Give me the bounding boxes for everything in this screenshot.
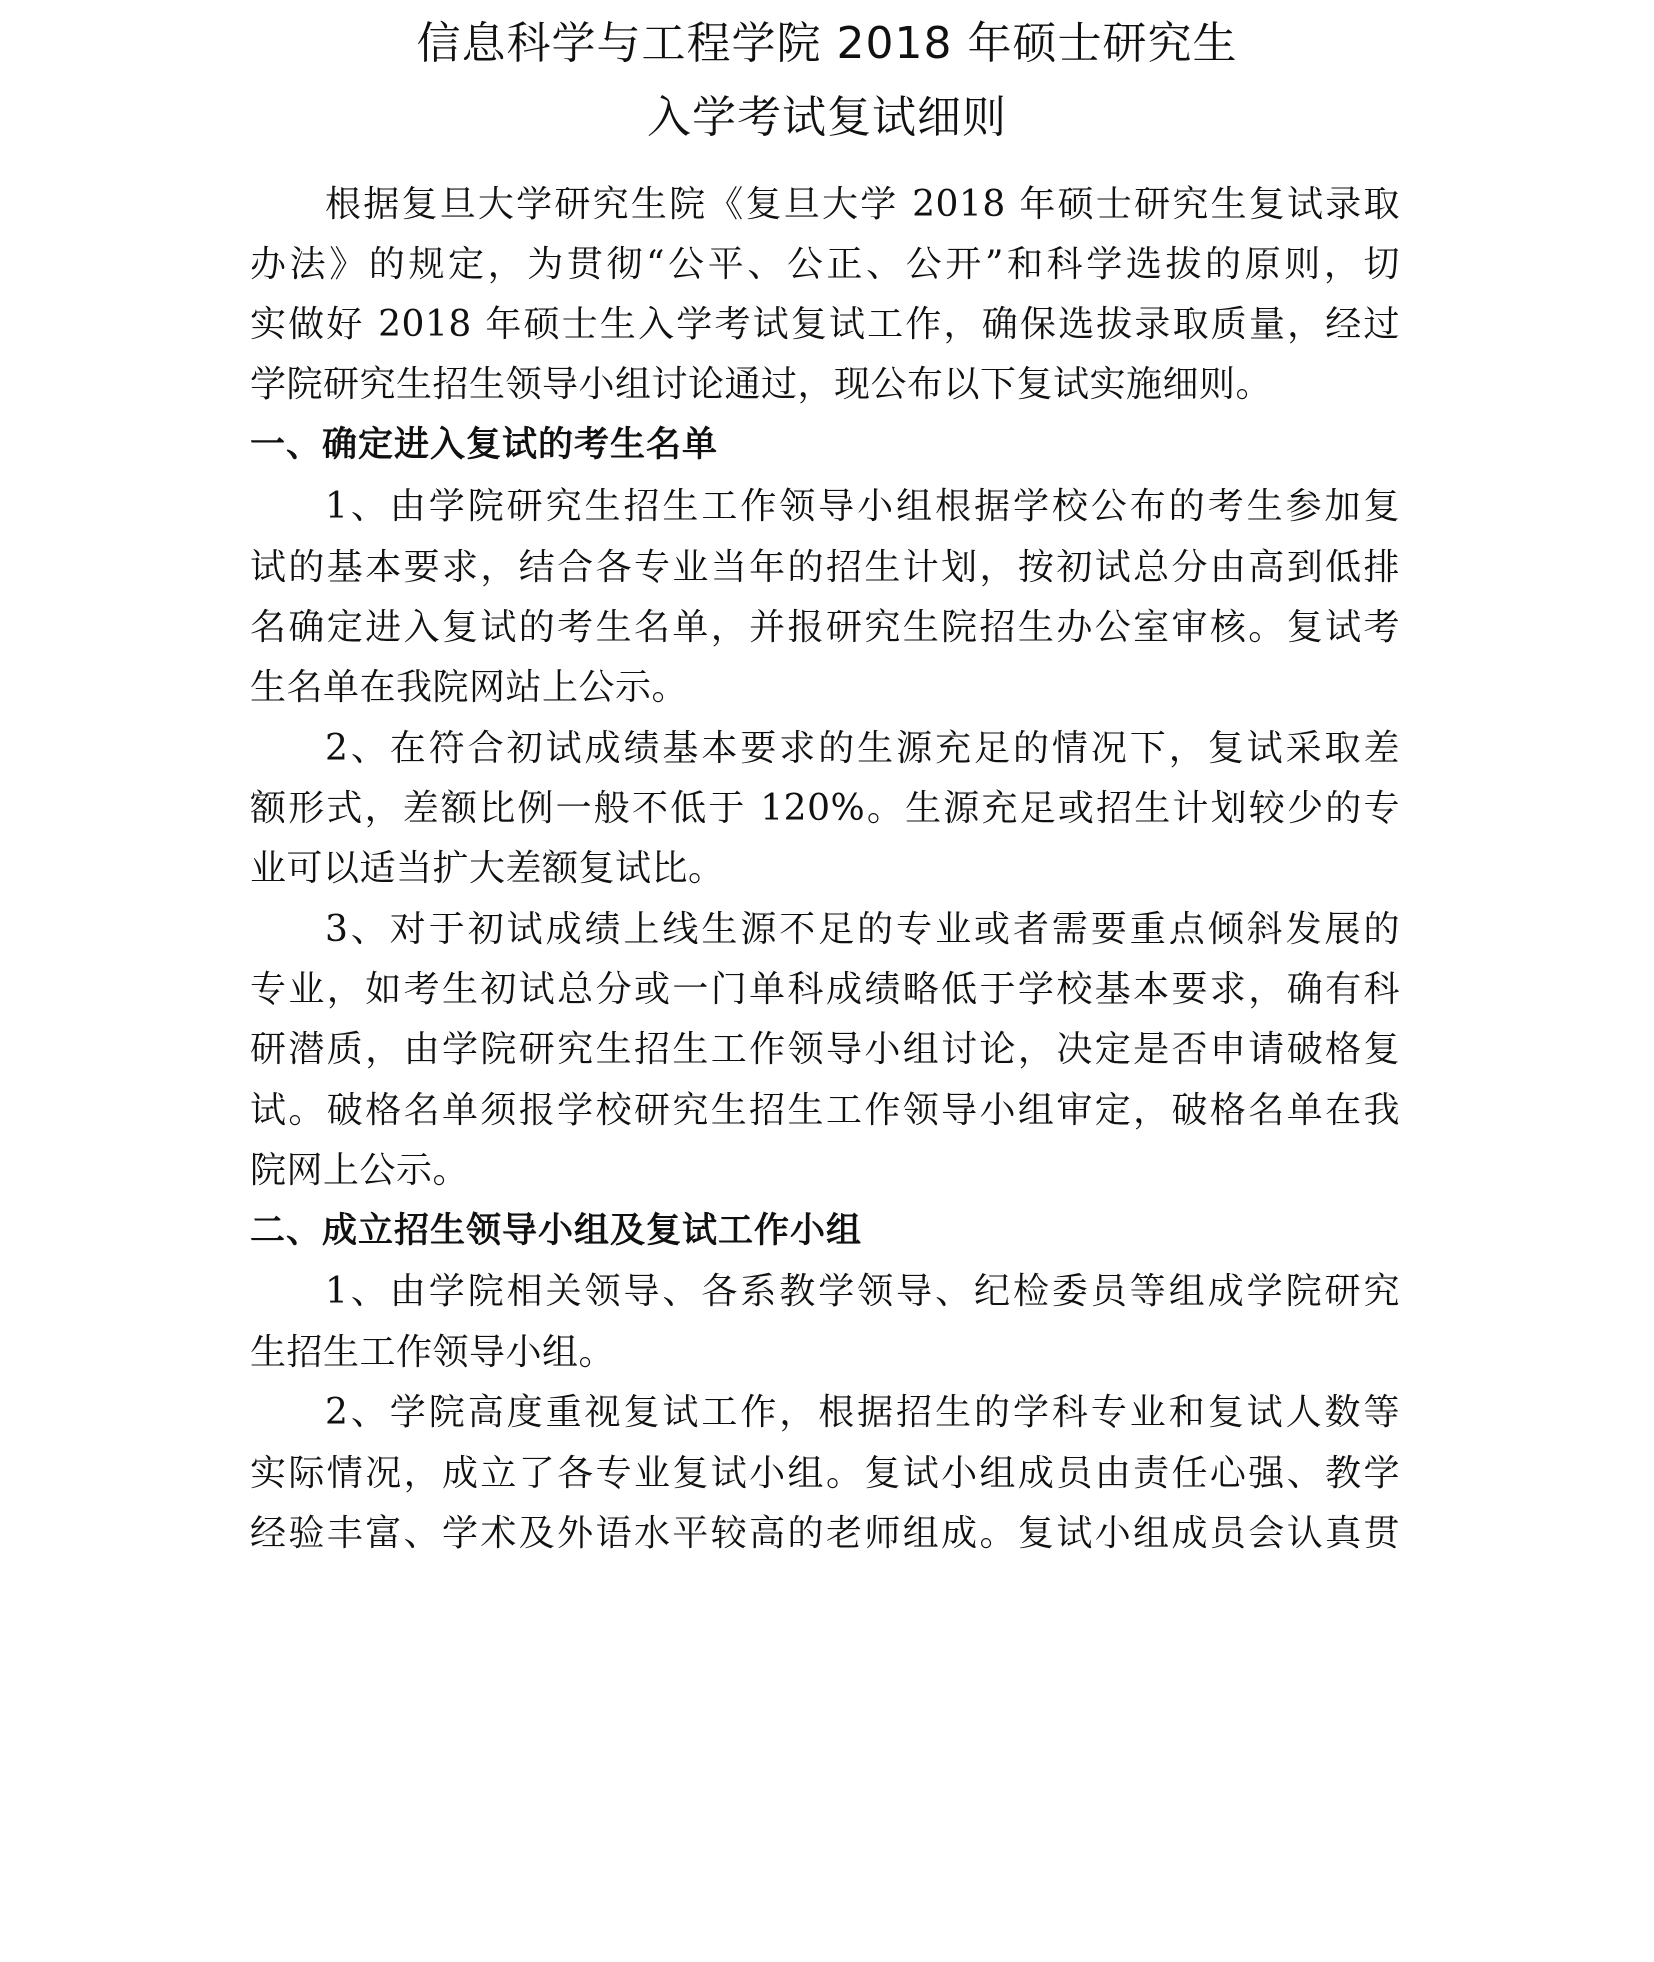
paragraph-line: 试。破格名单须报学校研究生招生工作领导小组审定，破格名单在我 (250, 1087, 1400, 1135)
section-heading: 一、确定进入复试的考生名单 (250, 421, 718, 469)
paragraph-line: 1、由学院研究生招生工作领导小组根据学校公布的考生参加复 (325, 483, 1400, 531)
paragraph-line: 2、学院高度重视复试工作，根据招生的学科专业和复试人数等 (325, 1389, 1400, 1437)
paragraph-line: 办法》的规定，为贯彻“公平、公正、公开”和科学选拔的原则，切 (250, 241, 1400, 289)
paragraph-line: 研潜质，由学院研究生招生工作领导小组讨论，决定是否申请破格复 (250, 1026, 1400, 1074)
paragraph-line: 根据复旦大学研究生院《复旦大学 2018 年硕士研究生复试录取 (325, 181, 1400, 229)
paragraph-line: 额形式，差额比例一般不低于 120%。生源充足或招生计划较少的专 (250, 785, 1400, 833)
paragraph-line: 经验丰富、学术及外语水平较高的老师组成。复试小组成员会认真贯 (250, 1510, 1400, 1558)
paragraph-line: 实做好 2018 年硕士生入学考试复试工作，确保选拔录取质量，经过 (250, 301, 1400, 349)
paragraph-line: 3、对于初试成绩上线生源不足的专业或者需要重点倾斜发展的 (325, 906, 1400, 954)
paragraph-line: 生名单在我院网站上公示。 (250, 664, 1400, 712)
paragraph-line: 1、由学院相关领导、各系教学领导、纪检委员等组成学院研究 (325, 1268, 1400, 1316)
paragraph-line: 院网上公示。 (250, 1147, 1400, 1195)
section-heading: 二、成立招生领导小组及复试工作小组 (250, 1207, 862, 1255)
paragraph-line: 名确定进入复试的考生名单，并报研究生院招生办公室审核。复试考 (250, 604, 1400, 652)
document-page: 信息科学与工程学院 2018 年硕士研究生 入学考试复试细则 根据复旦大学研究生… (0, 0, 1654, 1962)
paragraph-line: 专业，如考生初试总分或一门单科成绩略低于学校基本要求，确有科 (250, 966, 1400, 1014)
paragraph-line: 学院研究生招生领导小组讨论通过，现公布以下复试实施细则。 (250, 361, 1400, 409)
paragraph-line: 试的基本要求，结合各专业当年的招生计划，按初试总分由高到低排 (250, 544, 1400, 592)
paragraph-line: 生招生工作领导小组。 (250, 1329, 1400, 1377)
paragraph-line: 实际情况，成立了各专业复试小组。复试小组成员由责任心强、教学 (250, 1450, 1400, 1498)
document-title-line-1: 信息科学与工程学院 2018 年硕士研究生 (0, 16, 1654, 72)
document-title-line-2: 入学考试复试细则 (0, 90, 1654, 146)
paragraph-line: 业可以适当扩大差额复试比。 (250, 845, 1400, 893)
paragraph-line: 2、在符合初试成绩基本要求的生源充足的情况下，复试采取差 (325, 725, 1400, 773)
